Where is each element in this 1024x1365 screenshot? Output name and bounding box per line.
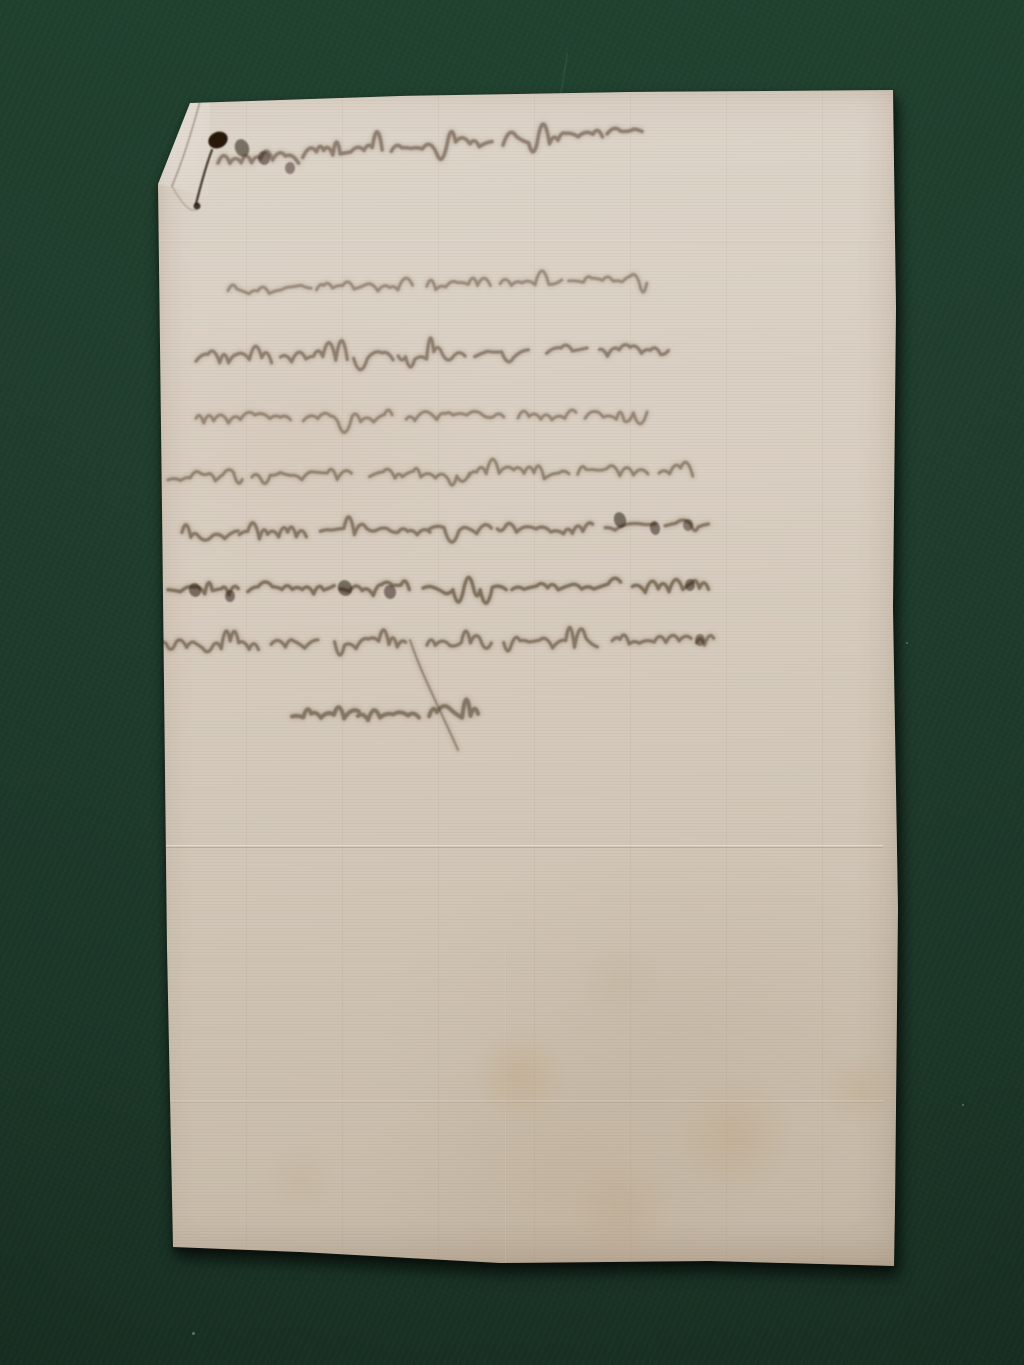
letter-paper-wrapper: [150, 88, 900, 1270]
bold-ink-blob: [683, 519, 693, 531]
ink-bleed-halo: [156, 124, 714, 750]
handwriting-line-halo-body-line-4: [168, 459, 693, 485]
corner-ink-drip: [196, 150, 212, 204]
corner-ink-blot: [206, 129, 231, 152]
bold-ink-blob: [225, 590, 235, 602]
bold-ink-blob: [285, 162, 295, 174]
mirrored-handwriting-ink: [150, 88, 900, 1270]
handwriting-line-body-line-6: [168, 577, 709, 603]
photo-of-manuscript: { "meta": { "description": "Photograph o…: [0, 0, 1024, 1365]
felt-speck: [192, 1332, 195, 1335]
corner-crease-stroke: [172, 94, 202, 186]
bold-ink-blob: [336, 578, 355, 598]
bold-ink-blob: [695, 634, 705, 646]
felt-speck: [962, 1104, 964, 1106]
letter-paper: [150, 88, 900, 1270]
bold-ink-blob: [685, 579, 695, 591]
handwriting-line-date-line: [218, 124, 642, 163]
handwriting-line-body-line-2: [196, 338, 668, 370]
felt-speck: [906, 642, 908, 644]
handwriting-line-body-line-3: [196, 410, 647, 432]
